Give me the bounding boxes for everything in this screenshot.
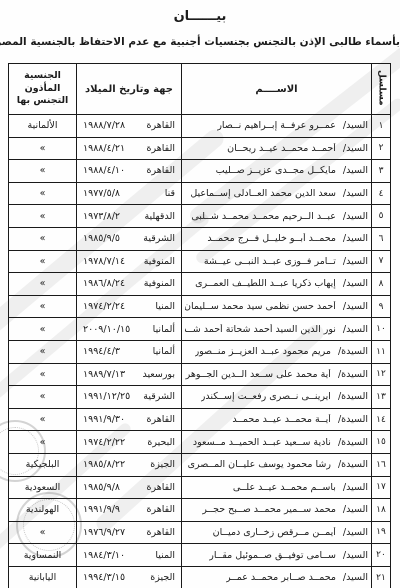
- table-row: ١٤ السيدة/ أيــة محمــد عيــد محمــد الق…: [9, 408, 391, 431]
- honorific-prefix: السيد/: [343, 301, 368, 312]
- birth-cell: المنيا ١٩٨٤/٣/١٠: [77, 544, 182, 567]
- birth-cell: الشرقية ١٩٩١/١٢/٢٥: [77, 386, 182, 409]
- birth-place: قنا: [165, 188, 175, 199]
- person-name: أيــة محمــد عيــد محمــد: [232, 414, 331, 425]
- birth-date: ١٩٨٨/٧/٢٨: [83, 120, 125, 131]
- serial-number: ٥: [372, 205, 391, 228]
- authorized-nationality: »: [9, 137, 77, 160]
- birth-place: القاهرة: [147, 527, 175, 538]
- person-name: ســامى توفيــق صــموئيل مقــار: [209, 550, 336, 561]
- authorized-nationality: »: [9, 340, 77, 363]
- table-row: ١٦ السيدة/ رشا محمود يوسف عليــان المــص…: [9, 453, 391, 476]
- person-name: باســم محمــد عيــد علــى: [233, 482, 336, 493]
- document-title: بيــــــان: [0, 9, 400, 24]
- table-row: ٤ السيد/ سعد الدين محمد العــادلى إســما…: [9, 182, 391, 205]
- person-name: أحمــد محمــد عيــد ريحــان: [227, 143, 336, 154]
- person-name: عبــد الــرحيم محمــد محمــد شــلبى: [191, 211, 336, 222]
- name-header-label: الاســــم: [255, 84, 297, 95]
- person-name-cell: السيد/ عبــد الــرحيم محمــد محمــد شــل…: [182, 205, 372, 228]
- birth-date: ١٩٨٨/٤/١٠: [83, 165, 125, 176]
- birth-date: ١٩٧٨/٧/١٤: [83, 256, 125, 267]
- authorized-nationality: »: [9, 363, 77, 386]
- honorific-prefix: السيد/: [343, 572, 368, 583]
- person-name: عمــرو عرفــة إبــراهيم نــصار: [217, 120, 336, 131]
- serial-number: ٢١: [372, 566, 391, 588]
- birth-place: القاهرة: [147, 120, 175, 131]
- serial-number: ٢٠: [372, 544, 391, 567]
- authorized-nationality: »: [9, 273, 77, 296]
- person-name-cell: السيد/ أحمــد محمــد عيــد ريحــان: [182, 137, 372, 160]
- birth-place: بورسعيد: [142, 369, 175, 380]
- nationality-header-line1: الجنسية المأذون: [9, 70, 76, 96]
- birth-cell: الجيزة ١٩٨٥/٨/٢٢: [77, 453, 182, 476]
- serial-number: ١٤: [372, 408, 391, 431]
- person-name-cell: السيد/ مايكــل مجــدى عزيــز صــليب: [182, 160, 372, 183]
- serial-number: ٨: [372, 273, 391, 296]
- person-name: نادية ســعيد عبــد الحميــد مــسعود: [193, 437, 331, 448]
- person-name-cell: السيد/ إيهاب ذكريا عبــد اللطيــف العمــ…: [182, 273, 372, 296]
- table-row: ٢١ السيد/ محمــد صــابر محمــد عمــر الج…: [9, 566, 391, 588]
- birth-place: المنوفية: [144, 278, 175, 289]
- birth-date: ١٩٧٦/٩/٢٧: [83, 527, 125, 538]
- birth-cell: القاهرة ١٩٩١/٩/٩: [77, 499, 182, 522]
- authorized-nationality: اليابانية: [9, 566, 77, 588]
- column-header-nationality: الجنسية المأذون التجنس بها: [9, 64, 77, 115]
- authorized-nationality: »: [9, 521, 77, 544]
- column-header-serial: مسلسل: [372, 64, 391, 115]
- person-name-cell: السيد/ عمــرو عرفــة إبــراهيم نــصار: [182, 115, 372, 138]
- birth-cell: المنوفية ١٩٧٨/٧/١٤: [77, 250, 182, 273]
- serial-number: ٤: [372, 182, 391, 205]
- birth-date: ١٩٧٣/٨/٢: [83, 211, 120, 222]
- table-row: ٧ السيد/ تــامر فــوزى عبــد النبــى عيـ…: [9, 250, 391, 273]
- birth-place: القاهرة: [147, 504, 175, 515]
- birth-cell: البحيرة ١٩٧٤/٢/٢٢: [77, 431, 182, 454]
- table-row: ١٧ السيد/ باســم محمــد عيــد علــى القا…: [9, 476, 391, 499]
- person-name-cell: السيد/ سعد الدين محمد العــادلى إســماعي…: [182, 182, 372, 205]
- birth-date: ١٩٩١/٩/٩: [83, 504, 120, 515]
- birth-date: ١٩٧٧/٥/٨: [83, 188, 120, 199]
- honorific-prefix: السيدة/: [338, 459, 368, 470]
- person-name: رشا محمود يوسف عليــان المــصرى: [188, 459, 331, 470]
- honorific-prefix: السيد/: [343, 482, 368, 493]
- person-name-cell: السيد/ أيمــن مــرقص زخــارى دميــان: [182, 521, 372, 544]
- honorific-prefix: السيدة/: [338, 369, 368, 380]
- authorized-nationality: النمساوية: [9, 544, 77, 567]
- authorized-nationality: البلجيكية: [9, 453, 77, 476]
- person-name-cell: السيدة/ رشا محمود يوسف عليــان المــصرى: [182, 453, 372, 476]
- birth-date: ١٩٨٩/٧/١٣: [83, 369, 125, 380]
- table-row: ٢٠ السيد/ ســامى توفيــق صــموئيل مقــار…: [9, 544, 391, 567]
- serial-number: ١٦: [372, 453, 391, 476]
- birth-date: ١٩٩١/١٢/٢٥: [83, 391, 130, 402]
- serial-number: ٦: [372, 227, 391, 250]
- honorific-prefix: السيد/: [343, 143, 368, 154]
- birth-cell: بورسعيد ١٩٨٩/٧/١٣: [77, 363, 182, 386]
- person-name-cell: السيدة/ أية محمد على ســعد الــدين الجــ…: [182, 363, 372, 386]
- person-name: تــامر فــوزى عبــد النبــى عيــشة: [204, 256, 336, 267]
- birth-cell: القاهرة ١٩٨٨/٤/٢١: [77, 137, 182, 160]
- birth-place: القاهرة: [147, 143, 175, 154]
- birth-date: ١٩٧٤/٢/٢٤: [83, 301, 125, 312]
- person-name-cell: السيد/ محمد ســمير محمــد صــبح حجــر: [182, 499, 372, 522]
- honorific-prefix: السيد/: [343, 324, 368, 335]
- serial-number: ٣: [372, 160, 391, 183]
- nationality-header-line2: التجنس بها: [9, 95, 76, 108]
- serial-number: ١٣: [372, 386, 391, 409]
- serial-number: ١١: [372, 340, 391, 363]
- authorized-nationality: الألمانية: [9, 115, 77, 138]
- serial-number: ١٨: [372, 499, 391, 522]
- birth-place: المنيا: [155, 550, 175, 561]
- table-header-row: مسلسل الاســــم جهة وتاريخ الميلاد الجنس…: [9, 64, 391, 115]
- birth-date: ١٩٨٥/٩/٥: [83, 233, 120, 244]
- table-row: ٩ السيد/ أحمد حسن نظمى سيد محمد ســليمان…: [9, 295, 391, 318]
- birth-place: القاهرة: [147, 414, 175, 425]
- honorific-prefix: السيد/: [343, 120, 368, 131]
- birth-date: ١٩٩٤/٣/١٥: [83, 572, 125, 583]
- birth-date: ٢٠٠٩/١٠/١٥: [83, 324, 130, 335]
- person-name-cell: السيدة/ أيــة محمــد عيــد محمــد: [182, 408, 372, 431]
- person-name-cell: السيد/ أحمد حسن نظمى سيد محمد ســليمان: [182, 295, 372, 318]
- authorized-nationality: »: [9, 160, 77, 183]
- person-name-cell: السيد/ محمــد صــابر محمــد عمــر: [182, 566, 372, 588]
- table-row: ١٠ السيد/ نور الدين السيد أحمد شحاتة أحم…: [9, 318, 391, 341]
- serial-number: ٩: [372, 295, 391, 318]
- honorific-prefix: السيدة/: [338, 346, 368, 357]
- person-name-cell: السيد/ ســامى توفيــق صــموئيل مقــار: [182, 544, 372, 567]
- column-header-name: الاســــم: [182, 64, 372, 115]
- birth-date: ١٩٨٨/٤/٢١: [83, 143, 125, 154]
- honorific-prefix: السيد/: [343, 211, 368, 222]
- person-name: ايرينــى نــصرى رفعــت إســكندر: [201, 391, 331, 402]
- person-name-cell: السيد/ نور الدين السيد أحمد شحاتة أحمد ش…: [182, 318, 372, 341]
- table-row: ١١ السيدة/ مريم محمود عبــد العزيــز منـ…: [9, 340, 391, 363]
- authorized-nationality: »: [9, 182, 77, 205]
- honorific-prefix: السيد/: [343, 233, 368, 244]
- honorific-prefix: السيد/: [343, 165, 368, 176]
- birth-cell: القاهرة ١٩٨٥/٩/٨: [77, 476, 182, 499]
- person-name-cell: السيد/ تــامر فــوزى عبــد النبــى عيــش…: [182, 250, 372, 273]
- honorific-prefix: السيد/: [343, 278, 368, 289]
- person-name: محمــد صــابر محمــد عمــر: [226, 572, 336, 583]
- birth-place: ألمانيا: [153, 324, 175, 335]
- person-name: مريم محمود عبــد العزيــز منــصور: [195, 346, 331, 357]
- person-name-cell: السيد/ محمــد أبــو خليــل فــرج محمــد: [182, 227, 372, 250]
- birth-cell: المنيا ١٩٧٤/٢/٢٤: [77, 295, 182, 318]
- table-row: ٥ السيد/ عبــد الــرحيم محمــد محمــد شـ…: [9, 205, 391, 228]
- authorized-nationality: »: [9, 295, 77, 318]
- authorized-nationality: »: [9, 205, 77, 228]
- birth-date: ١٩٩٤/٤/٣: [83, 346, 120, 357]
- person-name-cell: السيدة/ نادية ســعيد عبــد الحميــد مــس…: [182, 431, 372, 454]
- person-name: نور الدين السيد أحمد شحاتة أحمد شــديد: [185, 324, 336, 335]
- authorized-nationality: الهولندية: [9, 499, 77, 522]
- authorized-nationality: »: [9, 227, 77, 250]
- authorized-nationality: »: [9, 250, 77, 273]
- birth-place: البحيرة: [147, 437, 175, 448]
- honorific-prefix: السيدة/: [338, 414, 368, 425]
- birth-date: ١٩٨٥/٨/٢٢: [83, 459, 125, 470]
- birth-cell: المنوفية ١٩٨٦/٨/٢٤: [77, 273, 182, 296]
- birth-place: المنوفية: [144, 256, 175, 267]
- scanned-document-page: بيــــــان بأسماء طالبى الإذن بالتجنس بج…: [0, 0, 400, 588]
- serial-number: ١: [372, 115, 391, 138]
- serial-number: ١٧: [372, 476, 391, 499]
- birth-cell: ألمانيا ٢٠٠٩/١٠/١٥: [77, 318, 182, 341]
- person-name: محمــد أبــو خليــل فــرج محمــد: [207, 233, 336, 244]
- serial-number: ١٩: [372, 521, 391, 544]
- birth-place: الجيزة: [150, 572, 175, 583]
- person-name: مايكــل مجــدى عزيــز صــليب: [216, 165, 336, 176]
- authorized-nationality: »: [9, 408, 77, 431]
- birth-cell: الشرقية ١٩٨٥/٩/٥: [77, 227, 182, 250]
- authorized-nationality: »: [9, 386, 77, 409]
- birth-place: الشرقية: [143, 233, 175, 244]
- table-body: ١ السيد/ عمــرو عرفــة إبــراهيم نــصار …: [9, 115, 391, 588]
- serial-number: ٢: [372, 137, 391, 160]
- table-row: ٢ السيد/ أحمــد محمــد عيــد ريحــان الق…: [9, 137, 391, 160]
- table-row: ١٢ السيدة/ أية محمد على ســعد الــدين ال…: [9, 363, 391, 386]
- person-name: أيمــن مــرقص زخــارى دميــان: [213, 527, 336, 538]
- birth-cell: الجيزة ١٩٩٤/٣/١٥: [77, 566, 182, 588]
- birth-cell: الدقهلية ١٩٧٣/٨/٢: [77, 205, 182, 228]
- birth-cell: قنا ١٩٧٧/٥/٨: [77, 182, 182, 205]
- honorific-prefix: السيدة/: [338, 437, 368, 448]
- serial-number: ١٢: [372, 363, 391, 386]
- person-name: أية محمد على ســعد الــدين الجــوهرى: [185, 369, 331, 380]
- birth-place: الجيزة: [150, 459, 175, 470]
- table-row: ٦ السيد/ محمــد أبــو خليــل فــرج محمــ…: [9, 227, 391, 250]
- serial-number: ٧: [372, 250, 391, 273]
- birth-place: الشرقية: [143, 391, 175, 402]
- authorized-nationality: السعودية: [9, 476, 77, 499]
- table-row: ١ السيد/ عمــرو عرفــة إبــراهيم نــصار …: [9, 115, 391, 138]
- birth-date: ١٩٧٤/٢/٢٢: [83, 437, 125, 448]
- table-row: ١٨ السيد/ محمد ســمير محمــد صــبح حجــر…: [9, 499, 391, 522]
- birth-cell: القاهرة ١٩٧٦/٩/٢٧: [77, 521, 182, 544]
- person-name-cell: السيدة/ ايرينــى نــصرى رفعــت إســكندر: [182, 386, 372, 409]
- birth-date: ١٩٨٦/٨/٢٤: [83, 278, 125, 289]
- table-row: ١٩ السيد/ أيمــن مــرقص زخــارى دميــان …: [9, 521, 391, 544]
- person-name: سعد الدين محمد العــادلى إســماعيل: [190, 188, 336, 199]
- table-row: ١٥ السيدة/ نادية ســعيد عبــد الحميــد م…: [9, 431, 391, 454]
- table-row: ٨ السيد/ إيهاب ذكريا عبــد اللطيــف العم…: [9, 273, 391, 296]
- birth-place: القاهرة: [147, 482, 175, 493]
- serial-header-label: مسلسل: [377, 70, 386, 106]
- column-header-birth: جهة وتاريخ الميلاد: [77, 64, 182, 115]
- authorized-nationality: »: [9, 431, 77, 454]
- serial-number: ١٥: [372, 431, 391, 454]
- birth-cell: القاهرة ١٩٨٨/٤/١٠: [77, 160, 182, 183]
- birth-header-label: جهة وتاريخ الميلاد: [85, 84, 173, 95]
- person-name: أحمد حسن نظمى سيد محمد ســليمان: [185, 301, 336, 312]
- honorific-prefix: السيد/: [343, 527, 368, 538]
- honorific-prefix: السيد/: [343, 188, 368, 199]
- person-name-cell: السيد/ باســم محمــد عيــد علــى: [182, 476, 372, 499]
- serial-number: ١٠: [372, 318, 391, 341]
- table-row: ١٣ السيدة/ ايرينــى نــصرى رفعــت إســكن…: [9, 386, 391, 409]
- birth-date: ١٩٨٥/٩/٨: [83, 482, 120, 493]
- naturalization-roster-table: مسلسل الاســــم جهة وتاريخ الميلاد الجنس…: [8, 63, 391, 588]
- birth-cell: القاهرة ١٩٨٨/٧/٢٨: [77, 115, 182, 138]
- birth-place: القاهرة: [147, 165, 175, 176]
- birth-place: الدقهلية: [144, 211, 175, 222]
- person-name: إيهاب ذكريا عبــد اللطيــف العمــرى: [195, 278, 336, 289]
- table-row: ٣ السيد/ مايكــل مجــدى عزيــز صــليب ال…: [9, 160, 391, 183]
- honorific-prefix: السيدة/: [338, 391, 368, 402]
- authorized-nationality: »: [9, 318, 77, 341]
- birth-date: ١٩٨٤/٣/١٠: [83, 550, 125, 561]
- birth-place: ألمانيا: [153, 346, 175, 357]
- birth-date: ١٩٩١/٩/٣٠: [83, 414, 125, 425]
- person-name: محمد ســمير محمــد صــبح حجــر: [202, 504, 336, 515]
- birth-place: المنيا: [155, 301, 175, 312]
- honorific-prefix: السيد/: [343, 504, 368, 515]
- person-name-cell: السيدة/ مريم محمود عبــد العزيــز منــصو…: [182, 340, 372, 363]
- honorific-prefix: السيد/: [343, 256, 368, 267]
- document-subtitle: بأسماء طالبى الإذن بالتجنس بجنسيات أجنبي…: [0, 36, 400, 48]
- birth-cell: ألمانيا ١٩٩٤/٤/٣: [77, 340, 182, 363]
- honorific-prefix: السيد/: [343, 550, 368, 561]
- birth-cell: القاهرة ١٩٩١/٩/٣٠: [77, 408, 182, 431]
